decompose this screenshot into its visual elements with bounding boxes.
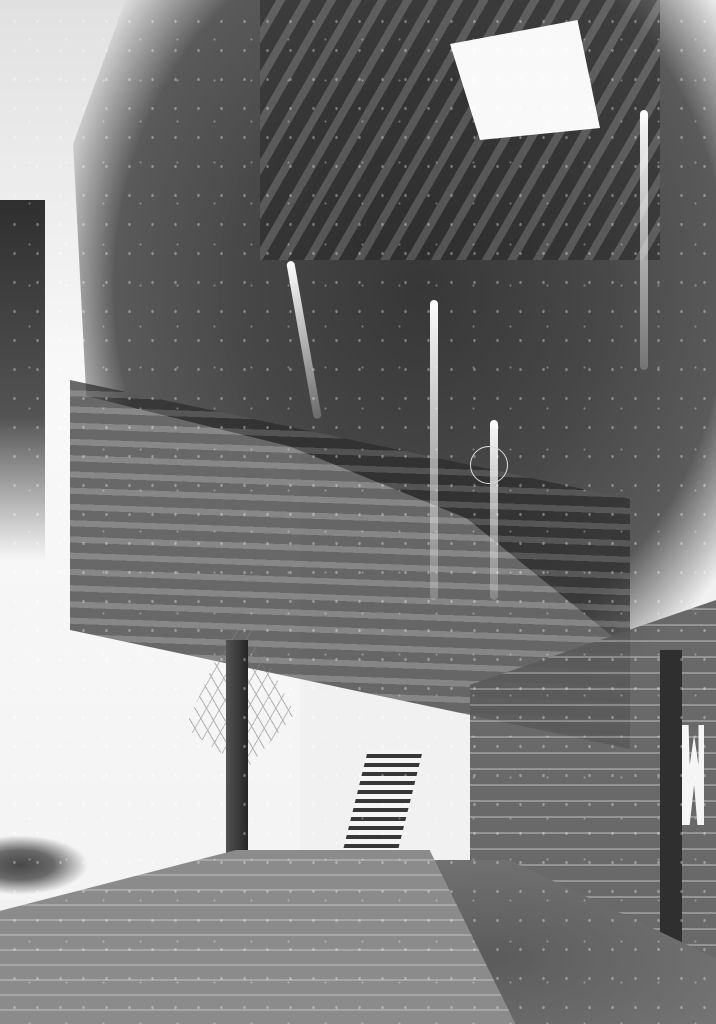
dust-speckle-overlay	[0, 0, 716, 1024]
photograph	[0, 0, 716, 1024]
